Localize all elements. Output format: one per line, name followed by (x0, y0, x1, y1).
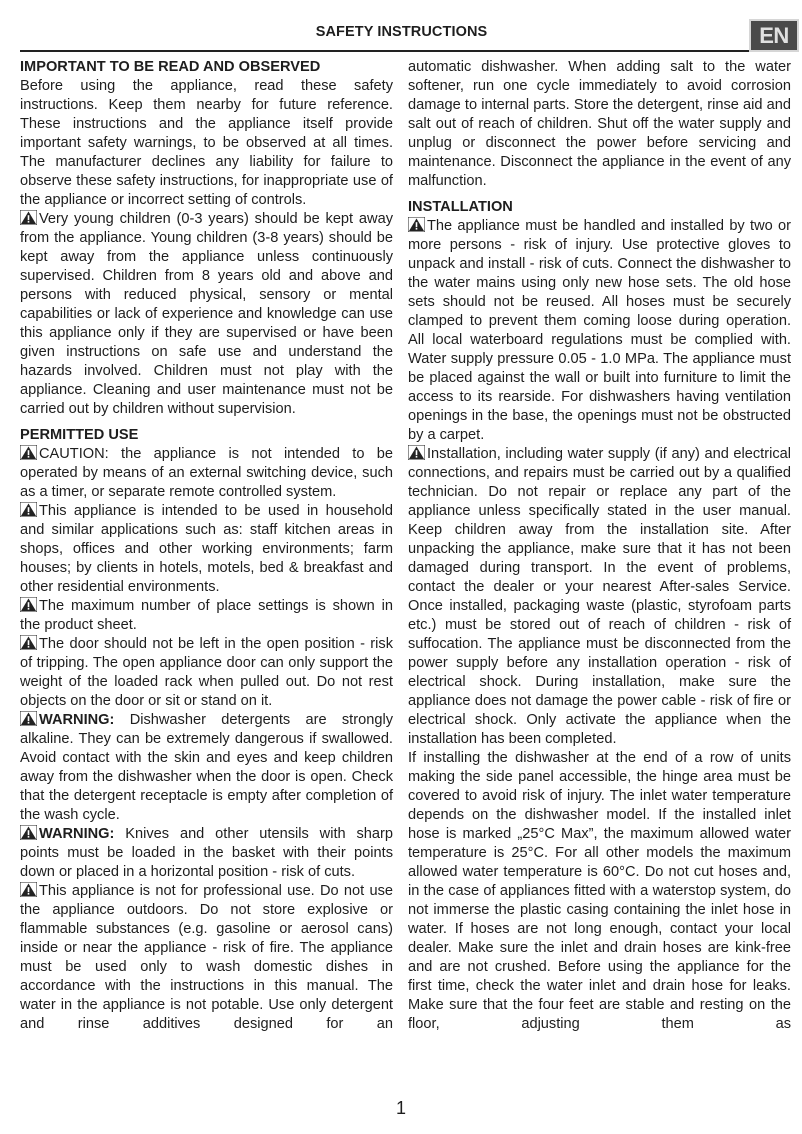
page-title: SAFETY INSTRUCTIONS (20, 24, 783, 40)
warning-triangle-icon (20, 635, 37, 650)
permitted-use-detergent-warning: WARNING: Dishwasher detergents are stron… (20, 711, 393, 825)
warning-triangle-icon (20, 445, 37, 460)
warning-label: WARNING: (39, 712, 114, 728)
warning-triangle-icon (20, 210, 37, 225)
warning-label: WARNING: (39, 826, 114, 842)
left-column: IMPORTANT TO BE READ AND OBSERVED Before… (20, 58, 393, 1034)
permitted-use-knives-warning: WARNING: Knives and other utensils with … (20, 825, 393, 882)
installation-hoses: If installing the dishwasher at the end … (408, 749, 791, 1034)
warning-triangle-icon (408, 445, 425, 460)
page-number: 1 (0, 1098, 802, 1119)
warning-triangle-icon (20, 882, 37, 897)
section-heading-important: IMPORTANT TO BE READ AND OBSERVED (20, 58, 393, 77)
language-badge: EN (749, 19, 799, 52)
section-heading-installation: INSTALLATION (408, 198, 791, 217)
warning-triangle-icon (20, 825, 37, 840)
page-header: SAFETY INSTRUCTIONS EN (20, 0, 783, 52)
right-column: automatic dishwasher. When adding salt t… (408, 58, 791, 1034)
continued-paragraph: automatic dishwasher. When adding salt t… (408, 58, 791, 191)
warning-triangle-icon (20, 502, 37, 517)
permitted-use-caution: CAUTION: the appliance is not intended t… (20, 445, 393, 502)
warning-triangle-icon (20, 597, 37, 612)
important-paragraph-1: Before using the appliance, read these s… (20, 77, 393, 210)
warning-triangle-icon (20, 711, 37, 726)
installation-handling: The appliance must be handled and instal… (408, 217, 791, 445)
installation-technician: Installation, including water supply (if… (408, 445, 791, 749)
important-paragraph-2: Very young children (0-3 years) should b… (20, 210, 393, 419)
permitted-use-place-settings: The maximum number of place settings is … (20, 597, 393, 635)
permitted-use-household: This appliance is intended to be used in… (20, 502, 393, 597)
section-heading-permitted-use: PERMITTED USE (20, 426, 393, 445)
permitted-use-door: The door should not be left in the open … (20, 635, 393, 711)
warning-triangle-icon (408, 217, 425, 232)
permitted-use-professional: This appliance is not for professional u… (20, 882, 393, 1034)
